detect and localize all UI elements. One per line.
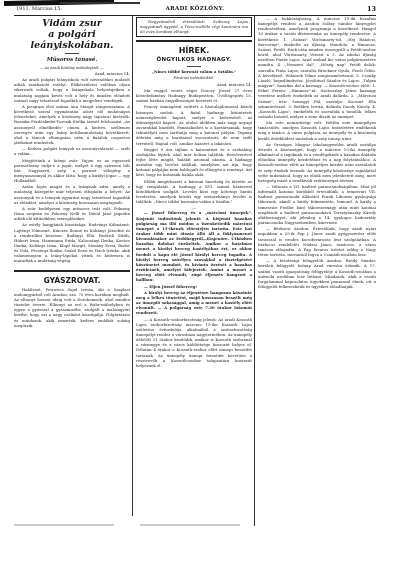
column-left: Vidám zsur a polgári leányiskolában. Műs… — [14, 16, 130, 329]
column-right: — A bukkórágsatag. A március 15-iki haza… — [258, 16, 376, 290]
scan-edge-artifact — [60, 2, 140, 4]
column-middle: Nagyváradról értesülünk: Szikszay Lajos … — [136, 16, 252, 369]
dateline: Arad, március 14. — [14, 71, 130, 76]
paragraph: — A bizottsági felügyelők Aradon. Bródy … — [258, 258, 376, 289]
paragraph: Az estély hangjának bizottsága: Radványi… — [14, 222, 130, 263]
column-divider — [254, 16, 255, 526]
paragraph: — Kedves polgári leányok az asszonyválas… — [14, 146, 130, 156]
paragraph: A zsúr kedélyesen egy műsoros teát volt.… — [14, 206, 130, 221]
paragraph: A program első száma Ana Margit zongoras… — [14, 104, 130, 145]
boxed-notice: Nagyváradról értesülünk: Szikszay Lajos … — [136, 17, 252, 37]
paragraph: Pouczy önmagával vetített a háztulajdono… — [136, 104, 252, 145]
section-title-hirek: HÍREK. — [136, 46, 252, 55]
article-headline: Vidám zsur — [14, 18, 130, 29]
paragraph: Ma este nemzetiségi volt: Hétfőn este ün… — [258, 120, 376, 141]
paragraph: — Változás a VII. hadtest parancsnokságá… — [258, 184, 376, 225]
paragraph: A királyi herceg az éljenzésre hangosan … — [136, 290, 252, 316]
divider — [65, 53, 79, 54]
paragraph: — A Kossuth-szoborbizottság jelenti: Az … — [136, 317, 252, 369]
section-rule — [14, 270, 130, 272]
paragraph: Aztán fogta magát és a leánynak adta, am… — [14, 184, 130, 205]
article-headline: ÖNGYILKOS HADNAGY. — [136, 57, 252, 64]
paragraph: — Éljen József főherceg! — [136, 284, 252, 289]
paragraph: Előbb megérkezett a katonai bizottság és… — [136, 179, 252, 205]
paragraph: Reggel 9 óra tájban a katonatiszt és a s… — [136, 147, 252, 178]
article-byline: Fővárosi tudósítónktól. — [136, 76, 252, 81]
page-number: 13 — [367, 5, 376, 13]
dateline: Arad, március 14. — [136, 82, 252, 87]
article-subhead: Műsoros tanasé. — [14, 57, 130, 64]
paragraph: Megjöttünk a leányi zsúr. Vajjon ez az e… — [14, 158, 130, 184]
newspaper-title: ARADI KÖZLÖNY. — [14, 6, 376, 12]
column-divider — [132, 16, 133, 516]
section-rule — [136, 40, 252, 42]
scan-noise — [140, 524, 240, 526]
paragraph: Nagyváradról értesülünk: Szikszay Lajos … — [140, 19, 248, 34]
paragraph: — Bérkocsi Aradon. Értesülünk, hogy arad… — [258, 226, 376, 257]
paragraph: — József főherceg és a „márciusi ünnepek… — [136, 210, 252, 282]
page-header: 1911. Március 15. ARADI KÖZLÖNY. 13 — [14, 5, 376, 15]
section-title-gyaszrovat: GYÁSZROVAT. — [14, 276, 130, 285]
paragraph: Az aradi polgári leányiskola volt növend… — [14, 77, 130, 103]
divider — [187, 66, 201, 67]
paragraph: Az Országos Magyar Iskolaegyesület aradi… — [258, 142, 376, 183]
article-subhead: „Nincs többé koronái valám a Sztálin." — [136, 69, 252, 74]
paragraph: Ma reggel vetett véget Pouczy József 27 … — [136, 88, 252, 103]
paragraph: Haláleset. Petrovics Sigel István, aki a… — [14, 287, 130, 328]
paragraph: — A bukkórágsatag. A március 15-iki haza… — [258, 16, 376, 119]
scan-noise — [14, 524, 114, 526]
article-headline: a polgári leányiskolában. — [14, 29, 130, 51]
